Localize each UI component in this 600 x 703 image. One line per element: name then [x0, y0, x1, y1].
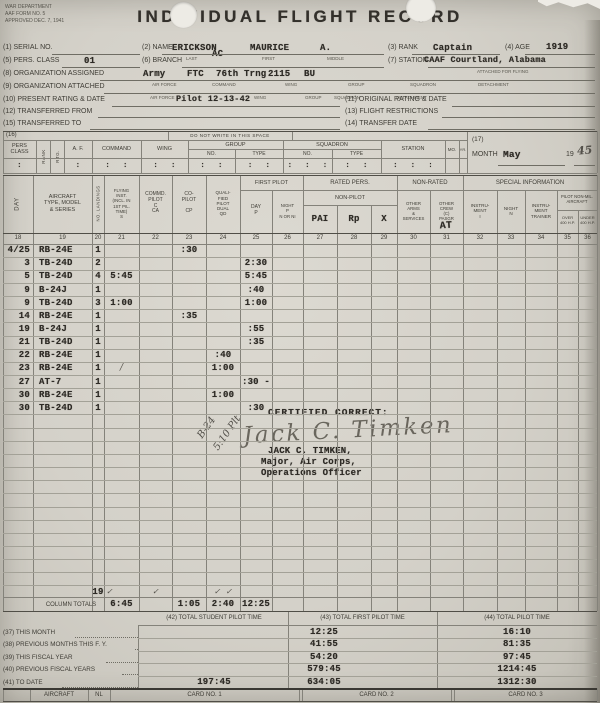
grid-line: [557, 210, 597, 211]
column-number: 27: [303, 233, 337, 244]
flight-cell-landings: 4: [92, 270, 104, 283]
org-command-value: FTC: [187, 69, 204, 79]
grid-line: [3, 140, 467, 141]
box16-command-header: COMMAND: [92, 140, 141, 158]
grid-line: [188, 140, 189, 173]
flight-cell-landings: 1: [92, 336, 104, 349]
org-attached-label: (9) ORGANIZATION ATTACHED: [3, 83, 105, 90]
org-sub-detachment: DETACHMENT: [478, 82, 509, 87]
totals-total-pilot-value: 1214:45: [437, 663, 597, 676]
grid-line: [452, 106, 595, 107]
att-sub-group: GROUP: [305, 95, 322, 100]
transferred-to-label: (15) TRANSFERRED TO: [3, 120, 81, 127]
grid-line: [188, 149, 381, 150]
box16-tick-group-type: : :: [235, 158, 283, 173]
col-aircraft-header: AIRCRAFT TYPE, MODEL & SERIES: [33, 175, 92, 232]
column-number: 29: [371, 233, 397, 244]
box16-squadron-header: SQUADRON: [283, 140, 381, 149]
grid-line: [337, 205, 338, 611]
flight-cell-day: 3: [3, 257, 33, 270]
box16-label: (16): [6, 132, 17, 138]
org-sub-air-force: AIR FORCE: [152, 82, 177, 87]
box16-tick-squadron-no: : : :: [283, 158, 332, 173]
column-number: 21: [104, 233, 139, 244]
grid-line: [428, 67, 595, 68]
flight-cell-day: 9: [3, 283, 33, 296]
flight-cell-qualified: 1:00: [206, 388, 240, 401]
grid-line: [52, 54, 140, 55]
totals-row-label: (38) PREVIOUS MONTHS THIS F. Y.: [3, 641, 135, 651]
box16-wing-header: WING: [141, 140, 188, 158]
column-number: 32: [463, 233, 497, 244]
flight-cell-copilot: :30: [172, 244, 206, 257]
grid-line: [162, 54, 384, 55]
grid-line: [3, 520, 597, 521]
flight-cell-aircraft: RB-24E: [33, 362, 92, 375]
grid-line: [141, 140, 142, 173]
grid-line: [3, 131, 4, 173]
flight-cell-landings: 2: [92, 257, 104, 270]
total-first-pilot-label: (43) TOTAL FIRST PILOT TIME: [288, 612, 437, 624]
grid-line: [90, 129, 340, 130]
name-middle-value: A.: [320, 43, 331, 53]
month-box-label: (17): [472, 136, 484, 143]
box16-pers-class-header: PERS CLASS: [3, 140, 36, 158]
flight-cell-copilot: :35: [172, 309, 206, 322]
box16-yr-header: YR.: [459, 140, 467, 158]
col-fp-day-header: DAY P: [240, 190, 272, 232]
grid-line: [3, 507, 597, 508]
transfer-date-label: (14) TRANSFER DATE: [345, 120, 417, 127]
flight-cell-day: 27: [3, 375, 33, 388]
col-instrument-header: INSTRU- MENT I: [463, 190, 497, 232]
column-number: 34: [525, 233, 557, 244]
box16-squadron-no-header: NO.: [283, 149, 332, 158]
totals-row-label: (39) THIS FISCAL YEAR: [3, 654, 135, 664]
station-value: CAAF Courtland, Alabama: [424, 55, 546, 65]
grid-line: [240, 190, 597, 191]
org-assigned-label: (8) ORGANIZATION ASSIGNED: [3, 70, 104, 77]
col-commd-pilot-header: COMMD. PILOT C CA: [139, 175, 172, 232]
grid-line: [412, 54, 500, 55]
grid-line: [381, 140, 382, 173]
grid-line: [168, 131, 169, 140]
column-total-value: 12:25: [240, 598, 272, 611]
org-squadron-value: BU: [304, 69, 315, 79]
col-flying-inst-header: FLYING INST. (INCL. IN 1ST PIL. TIME) S: [104, 175, 139, 232]
grid-line: [3, 546, 597, 547]
rank-label: (3) RANK: [388, 44, 418, 51]
grid-line: [3, 428, 597, 429]
group-non-rated-header: NON-RATED: [397, 175, 463, 190]
col-x-header: X: [371, 205, 397, 232]
box16-squadron-type-header: TYPE: [332, 149, 381, 158]
column-number: 28: [337, 233, 371, 244]
grid-line: [371, 205, 372, 611]
present-rating-value: Pilot 12-13-42: [176, 94, 250, 104]
column-number: 20: [92, 233, 104, 244]
grid-line: [50, 140, 51, 173]
totals-row-label: (41) TO DATE: [3, 679, 135, 689]
column-number: 30: [397, 233, 430, 244]
box16-group-header: GROUP: [188, 140, 283, 149]
flight-cell-aircraft: AT-7: [33, 375, 92, 388]
flight-cell-fp_day: :30 -: [240, 375, 272, 388]
att-sub-wing: WING: [254, 95, 266, 100]
box16-rank-header: RANK: [36, 140, 50, 173]
column-number: 31: [430, 233, 463, 244]
pre-total-check: ✓: [139, 585, 172, 598]
col-over-400-header: OVER 400 H.P.: [557, 210, 578, 232]
col-landings-text: NO. LANDINGS: [96, 185, 101, 221]
org-sub-wing: WING: [285, 82, 297, 87]
flight-cell-landings: 1: [92, 375, 104, 388]
col-rp-header: Rp: [337, 205, 371, 232]
grid-line: [3, 572, 597, 573]
column-number: 36: [578, 233, 597, 244]
transferred-from-label: (12) TRANSFERRED FROM: [3, 108, 92, 115]
totals-total-pilot-value: 1312:30: [437, 676, 597, 689]
name-first-value: MAURICE: [250, 43, 289, 53]
grid-line: [597, 688, 598, 701]
box16-rank-text: RANK: [41, 149, 46, 164]
totals-row-label: (40) PREVIOUS FISCAL YEARS: [3, 666, 135, 676]
form-id-line-1: WAR DEPARTMENT: [5, 4, 52, 10]
grid-line: [303, 205, 397, 206]
totals-first-pilot-value: 12:25: [288, 626, 360, 639]
column-total-value: 1:05: [172, 598, 206, 611]
flight-cell-day: 21: [3, 336, 33, 349]
grid-line: [3, 533, 597, 534]
org-group-value: 2115: [268, 69, 290, 79]
grid-line: [597, 175, 598, 611]
punch-hole: [170, 2, 197, 28]
column-number: 35: [557, 233, 578, 244]
group-non-pilot-header: NON-PILOT: [303, 190, 397, 205]
box16-tick-wing: : :: [141, 158, 188, 173]
flight-cell-fp_day: 2:30: [240, 257, 272, 270]
flight-cell-day: 22: [3, 349, 33, 362]
year-value: 45: [576, 143, 592, 157]
do-not-write-label: DO NOT WRITE IN THIS SPACE: [168, 131, 292, 140]
totals-first-pilot-value: 54:20: [288, 651, 360, 664]
col-pai-header: PAI: [303, 205, 337, 232]
flight-cell-aircraft: TB-24D: [33, 257, 92, 270]
pers-class-label: (5) PERS. CLASS: [3, 57, 59, 64]
grid-line: [3, 467, 597, 468]
box16-rtg-header: RTG.: [50, 140, 64, 173]
flight-cell-fp_day: :55: [240, 322, 272, 335]
station-sub-label: ATTACHED FOR FLYING: [477, 69, 529, 74]
flight-cell-aircraft: B-24J: [33, 283, 92, 296]
certifier-title: Operations Officer: [261, 468, 362, 478]
col-night-header: NIGHT N: [497, 190, 525, 232]
flight-cell-landings: 1: [92, 322, 104, 335]
flight-cell-day: 14: [3, 309, 33, 322]
month-value: May: [503, 149, 521, 160]
form-id-line-2: AAF FORM NO. 5: [5, 11, 45, 17]
box16-station-header: STATION: [381, 140, 445, 158]
flight-cell-day: 23: [3, 362, 33, 375]
torn-edge: [538, 0, 600, 15]
col-instr-trainer-header: INSTRU- MENT TRAINER: [525, 190, 557, 232]
flight-cell-day: 30: [3, 388, 33, 401]
grid-line: [3, 131, 597, 132]
flight-cell-landings: 1: [92, 388, 104, 401]
grid-line: [3, 493, 597, 494]
flight-cell-flying_inst: /: [104, 362, 139, 375]
original-rating-label: (11) ORIGINAL RATING & DATE: [345, 96, 447, 103]
grid-line: [525, 54, 595, 55]
flight-cell-aircraft: TB-24D: [33, 296, 92, 309]
org-wing-value: 76th Trng: [216, 69, 266, 79]
col-day-text: DAY: [15, 197, 21, 210]
grid-line: [442, 117, 595, 118]
grid-line: [3, 559, 597, 560]
box16-tick-af: :: [64, 158, 92, 173]
totals-first-pilot-value: 634:05: [288, 676, 360, 689]
grid-line: [459, 140, 460, 173]
serial-label: (1) SERIAL NO.: [3, 44, 53, 51]
name-last-value: ERICKSON: [172, 43, 217, 53]
flight-cell-aircraft: RB-24E: [33, 244, 92, 257]
grid-line: [3, 454, 597, 455]
grid-line: [138, 625, 139, 688]
station-label: (7) STATION: [388, 57, 428, 64]
col-day-header: DAY: [3, 175, 33, 232]
flight-cell-landings: 3: [92, 296, 104, 309]
column-totals-label: COLUMN TOTALS: [36, 598, 106, 611]
grid-line: [104, 93, 595, 94]
totals-total-pilot-value: 81:35: [437, 638, 597, 651]
grid-line: [574, 165, 595, 166]
flight-cell-fp_day: :40: [240, 283, 272, 296]
totals-row-label: (37) THIS MONTH: [3, 629, 135, 639]
grid-line: [100, 80, 595, 81]
flight-cell-day: 30: [3, 401, 33, 414]
box16-tick-command: : :: [92, 158, 141, 173]
total-student-pilot-label: (42) TOTAL STUDENT PILOT TIME: [140, 612, 288, 624]
totals-first-pilot-value: 579:45: [288, 663, 360, 676]
grid-line: [428, 129, 595, 130]
grid-line: [182, 67, 384, 68]
flight-cell-fp_day: 1:00: [240, 296, 272, 309]
flight-cell-fp_day: 5:45: [240, 270, 272, 283]
flight-cell-flying_inst: 5:45: [104, 270, 139, 283]
org-sub-command: COMMAND: [212, 82, 236, 87]
name-sub-first: FIRST: [262, 56, 275, 61]
grid-line: [3, 414, 597, 415]
grid-line: [283, 140, 284, 173]
flight-cell-fp_day: :35: [240, 336, 272, 349]
month-label: MONTH: [472, 151, 498, 158]
rank-value: Captain: [433, 43, 472, 53]
flight-cell-qualified: 1:00: [206, 362, 240, 375]
box16-mo-header: MO.: [445, 140, 459, 158]
name-label: (2) NAME: [142, 44, 173, 51]
column-total-value: 6:45: [104, 598, 139, 611]
grid-line: [62, 67, 140, 68]
flight-cell-landings: 1: [92, 349, 104, 362]
column-number: 26: [272, 233, 303, 244]
form-paper: WAR DEPARTMENT AAF FORM NO. 5 APPROVED D…: [0, 0, 600, 703]
age-label: (4) AGE: [505, 44, 530, 51]
age-value: 1919: [546, 42, 568, 52]
flight-cell-aircraft: RB-24E: [33, 309, 92, 322]
grid-line: [98, 117, 340, 118]
grid-line: [3, 158, 467, 159]
pers-class-value: 01: [84, 56, 95, 66]
grid-line: [235, 149, 236, 173]
flight-cell-aircraft: TB-24D: [33, 270, 92, 283]
flight-cell-landings: 1: [92, 309, 104, 322]
flight-cell-aircraft: RB-24E: [33, 388, 92, 401]
col-fp-night-header: NIGHT P N OR NI: [272, 190, 303, 232]
column-number: 22: [139, 233, 172, 244]
flight-cell-day: 9: [3, 296, 33, 309]
column-number: 19: [33, 233, 92, 244]
flight-cell-aircraft: TB-24D: [33, 336, 92, 349]
grid-line: [498, 165, 565, 166]
totals-total-pilot-value: 16:10: [437, 626, 597, 639]
flight-cell-landings: 1: [92, 283, 104, 296]
org-sub-group: GROUP: [348, 82, 365, 87]
present-rating-label: (10) PRESENT RATING & DATE: [3, 96, 105, 103]
flight-cell-landings: 19: [92, 585, 104, 598]
name-sub-middle: MIDDLE: [327, 56, 344, 61]
grid-line: [92, 140, 93, 173]
flight-cell-aircraft: B-24J: [33, 322, 92, 335]
branch-label: (6) BRANCH: [142, 57, 182, 64]
flight-cell-landings: 1: [92, 401, 104, 414]
group-special-info-header: SPECIAL INFORMATION: [463, 175, 597, 190]
col-qualified-header: QUALI- FIED PILOT DUAL QD: [206, 175, 240, 232]
col-under-400-header: UNDER 400 H.P.: [578, 210, 597, 232]
grid-line: [3, 173, 597, 174]
flight-cell-landings: 1: [92, 362, 104, 375]
box16-tick-pers: :: [3, 158, 36, 173]
grid-line: [36, 140, 37, 173]
column-number: 24: [206, 233, 240, 244]
other-crew-stamp: AT: [431, 218, 462, 234]
grid-line: [3, 701, 597, 702]
box16-tick-station: : : :: [381, 158, 445, 173]
group-rated-pers-header: RATED PERS.: [303, 175, 397, 190]
column-number: 23: [172, 233, 206, 244]
col-landings-header: NO. LANDINGS: [92, 175, 104, 232]
grid-line: [3, 480, 597, 481]
grid-line: [467, 131, 468, 173]
year-prefix: 19: [566, 151, 574, 158]
flight-cell-day: 5: [3, 270, 33, 283]
column-total-value: 2:40: [206, 598, 240, 611]
grid-line: [332, 149, 333, 173]
flight-cell-aircraft: TB-24D: [33, 401, 92, 414]
column-number: 25: [240, 233, 272, 244]
org-sub-squadron: SQUADRON: [410, 82, 436, 87]
grid-line: [135, 649, 138, 650]
box16-group-type-header: TYPE: [235, 149, 283, 158]
flight-cell-qualified: :40: [206, 349, 240, 362]
box16-tick-squadron-type: : :: [332, 158, 381, 173]
grid-line: [112, 106, 340, 107]
box16-rtg-text: RTG.: [54, 150, 59, 163]
grid-line: [445, 140, 446, 173]
flight-cell-landings: 1: [92, 244, 104, 257]
box16-af-header: A. F.: [64, 140, 92, 158]
grid-line: [3, 175, 597, 176]
column-number: 18: [3, 233, 33, 244]
grid-line: [597, 131, 598, 173]
box16-tick-group-no: : :: [188, 158, 235, 173]
form-id-line-3: APPROVED DEC. 7, 1941: [5, 18, 64, 24]
att-sub-air-force: AIR FORCE: [150, 95, 175, 100]
flight-restrictions-label: (13) FLIGHT RESTRICTIONS: [345, 108, 438, 115]
col-other-arms-header: OTHER ARMS & SERVICES: [397, 190, 430, 232]
totals-total-pilot-value: 97:45: [437, 651, 597, 664]
group-first-pilot-header: FIRST PILOT: [240, 175, 303, 190]
box16-group-no-header: NO.: [188, 149, 235, 158]
flight-cell-fp_day: :30: [240, 401, 272, 414]
flight-cell-day: 19: [3, 322, 33, 335]
total-pilot-label: (44) TOTAL PILOT TIME: [437, 612, 597, 624]
name-sub-last: LAST: [186, 56, 197, 61]
grid-line: [3, 441, 597, 442]
certifier-rank: Major, Air Corps,: [261, 457, 356, 467]
totals-student-value: 197:45: [140, 676, 288, 689]
col-copilot-header: CO- PILOT CP: [172, 175, 206, 232]
grid-line: [292, 131, 293, 140]
column-number: 33: [497, 233, 525, 244]
flight-cell-flying_inst: 1:00: [104, 296, 139, 309]
flight-cell-aircraft: RB-24E: [33, 349, 92, 362]
org-air-force-value: Army: [143, 69, 165, 79]
grid-line: [3, 611, 597, 612]
totals-first-pilot-value: 41:55: [288, 638, 360, 651]
grid-line: [64, 140, 65, 173]
flight-cell-day: 4/25: [3, 244, 33, 257]
group-pilot-non-mil-header: PILOT NON-MIL. AIRCRAFT: [557, 190, 597, 210]
